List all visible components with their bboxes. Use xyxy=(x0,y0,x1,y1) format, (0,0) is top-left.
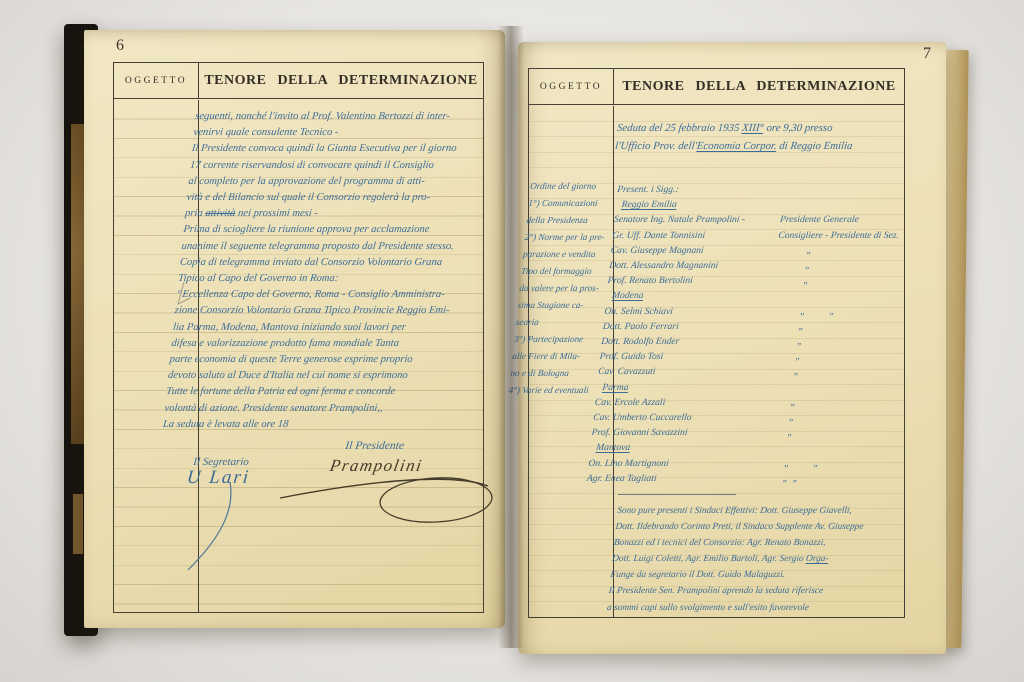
entry-line: zione Consorzio Volontario Grana Tipico … xyxy=(174,303,480,319)
oggetto-line: 4°) Varie ed eventuali xyxy=(508,382,594,399)
president-signature: Prampolini xyxy=(328,456,424,476)
attendee-row: Senatore Ing. Natale Prampolini -Preside… xyxy=(613,212,907,227)
attendee-row: Cav. Umberto Cuccarello„ xyxy=(592,410,886,425)
attendee-row: Prof. Guido Tosi„ xyxy=(599,349,893,364)
attendee-name: On. Lino Martignoni xyxy=(588,458,669,469)
entry-line: Tutte le fortune della Patria ed ogni fe… xyxy=(165,384,471,400)
handwriting-segment: Dott. Luigi Coletti, Agr. Emilio Bartoli… xyxy=(612,554,807,564)
attendee-row: Cav. Giuseppe Magnani„ xyxy=(610,243,904,258)
attendee-row: On. Lino Martignoni„ „ xyxy=(588,456,882,471)
column-header-oggetto: OGGETTO xyxy=(529,69,614,104)
entry-line: 17 corrente riservandosi di convocare qu… xyxy=(189,158,495,174)
session-heading-line: l'Ufficio Prov. dell'Economia Corpor. di… xyxy=(614,137,900,155)
oggetto-line: sima Stagione ca- xyxy=(517,297,603,314)
attendee-name: Cav. Giuseppe Magnani xyxy=(610,245,704,256)
entry-line: difesa e valorizzazione prodotto fama mo… xyxy=(170,336,476,352)
attendee-name: Dott. Rodolfo Ender xyxy=(601,336,680,347)
handwriting-segment: attività xyxy=(205,208,236,219)
president-title: Il Presidente xyxy=(345,440,405,452)
attendee-row: Dott. Rodolfo Ender„ xyxy=(600,334,894,349)
handwriting-segment: l'Ufficio Prov. dell' xyxy=(615,140,698,152)
province-header: Reggio Emilia xyxy=(621,197,909,212)
left-page-handwriting: seguenti, nonché l'invito al Prof. Valen… xyxy=(162,109,500,433)
attendee-row: Dott. Alessandro Magnanini„ xyxy=(608,258,902,273)
entry-line: seguenti, nonché l'invito al Prof. Valen… xyxy=(194,109,500,125)
oggetto-line: parazione e vendita xyxy=(522,246,608,263)
attendee-role: „ xyxy=(798,319,805,334)
minutes-line: Dott. Ildebrando Corinto Preti, il Sinda… xyxy=(615,519,903,535)
minutes-line: Il Presidente Sen. Prampolini aprendo la… xyxy=(608,583,896,599)
table-header: OGGETTO TENORE DELLA DETERMINAZIONE xyxy=(529,69,904,105)
column-header-tenore: TENORE DELLA DETERMINAZIONE xyxy=(614,69,904,104)
session-heading: Seduta del 25 febbraio 1935 XIII° ore 9,… xyxy=(614,119,902,155)
handwriting-segment: nei prossimi mesi - xyxy=(235,208,319,219)
oggetto-line: della Presidenza xyxy=(526,212,612,229)
secretary-signature: U Lari xyxy=(186,467,252,489)
entry-line: al completo per la approvazione del prog… xyxy=(187,174,493,190)
province-header: Modena xyxy=(611,288,899,303)
attendee-name: Prof. Guido Tosi xyxy=(599,351,664,362)
attendee-role: Presidente Generale xyxy=(779,212,859,227)
register-photo: 6 OGGETTO TENORE DELLA DETERMINAZIONE se… xyxy=(0,0,1024,682)
entry-line: devoto saluto al Duce d'Italia nel cui n… xyxy=(167,368,473,384)
entry-line: pria attività nei prossimi mesi - xyxy=(184,206,490,222)
handwriting-segment: di Reggio Emilia xyxy=(776,140,853,152)
attendee-role: „ „ xyxy=(800,304,836,319)
page-number-right: 7 xyxy=(923,45,931,63)
oggetto-line: Ordine del giorno xyxy=(529,178,615,195)
minutes-line: Bonazzi ed i tecnici del Consorzio: Agr.… xyxy=(613,535,901,551)
left-page: 6 OGGETTO TENORE DELLA DETERMINAZIONE se… xyxy=(84,30,505,628)
column-header-tenore: TENORE DELLA DETERMINAZIONE xyxy=(199,63,483,98)
minutes-paragraph: Sono pure presenti i Sindaci Effettivi: … xyxy=(606,503,904,616)
attendee-role: „ xyxy=(788,410,795,425)
oggetto-line: 3°) Partecipazione xyxy=(513,331,599,348)
binding-tape xyxy=(71,124,84,444)
entry-line: Tipico al Capo del Governo in Roma: xyxy=(177,271,483,287)
right-page: 7 OGGETTO TENORE DELLA DETERMINAZIONE Se… xyxy=(518,42,946,654)
entry-line: Copia di telegramma inviato dal Consorzi… xyxy=(179,255,485,271)
entry-line: unanime il seguente telegramma proposto … xyxy=(181,239,487,255)
attendee-name: Cav. Ercole Azzali xyxy=(594,397,666,408)
entry-line: parte economia di queste Terre generose … xyxy=(169,352,475,368)
oggetto-line: da valere per la pros- xyxy=(518,280,604,297)
province-header: Mantova xyxy=(595,440,883,455)
column-header-oggetto: OGGETTO xyxy=(114,63,199,98)
attendee-role: „ „ xyxy=(782,471,799,486)
attendee-role: „ xyxy=(796,334,803,349)
oggetto-line: searia xyxy=(515,314,601,331)
attendee-row: Cav. Cavazzuti„ xyxy=(597,364,891,379)
attendee-row: On. Selmi Schiavi„ „ xyxy=(604,304,898,319)
attendee-name: Agr. Enea Tagliati xyxy=(586,473,657,484)
table-header: OGGETTO TENORE DELLA DETERMINAZIONE xyxy=(114,63,483,99)
entry-line: venirvi quale consulente Tecnico - xyxy=(193,125,499,141)
attendee-name: Prof. Giovanni Savazzini xyxy=(591,427,688,438)
oggetto-line: no e di Bologna xyxy=(510,365,596,382)
entry-line: La seduta è levata alle ore 18 xyxy=(162,417,468,433)
entry-line: Il Presidente convoca quindi la Giunta E… xyxy=(191,141,497,157)
attendee-name: Gr. Uff. Dante Tonnisini xyxy=(612,230,706,241)
attendee-name: Prof. Renato Bertolini xyxy=(607,275,693,286)
attendee-role: Consigliere - Presidente di Sez. xyxy=(778,228,900,243)
attendee-name: On. Selmi Schiavi xyxy=(604,306,674,317)
attendees-list: Present. i Sigg.: Reggio EmiliaSenatore … xyxy=(586,182,910,486)
attendee-role: „ xyxy=(790,395,797,410)
binding-tape xyxy=(73,494,83,554)
entry-line: volontà di azione. Presidente senatore P… xyxy=(164,401,470,417)
page-number-left: 6 xyxy=(116,37,124,55)
minutes-line: Sono pure presenti i Sindaci Effettivi: … xyxy=(616,503,904,519)
attendee-role: „ xyxy=(806,243,813,258)
session-heading-line: Seduta del 25 febbraio 1935 XIII° ore 9,… xyxy=(616,119,902,137)
province-header: Parma xyxy=(602,380,890,395)
attendee-name: Cav. Cavazzuti xyxy=(597,366,656,377)
attendee-row: Prof. Renato Bertolini„ xyxy=(607,273,901,288)
attendee-role: „ xyxy=(795,349,802,364)
oggetto-line: 2°) Norme per la pre- xyxy=(524,229,610,246)
attendee-role: „ xyxy=(803,273,810,288)
minutes-line: a sommi capi sullo svolgimento e sull'es… xyxy=(606,600,894,616)
entry-line: vità e del Bilancio sul quale il Consorz… xyxy=(186,190,492,206)
handwriting-segment: XIII° xyxy=(741,122,764,134)
minutes-line: Funge da segretario il Dott. Guido Malag… xyxy=(610,567,898,583)
minutes-line: Dott. Luigi Coletti, Agr. Emilio Bartoli… xyxy=(611,551,899,567)
attendee-role: „ xyxy=(787,425,794,440)
attendees-intro: Present. i Sigg.: xyxy=(616,182,910,197)
attendee-row: Dott. Paolo Ferrari„ xyxy=(602,319,896,334)
entry-line: lia Parma, Modena, Mantova iniziando suo… xyxy=(172,320,478,336)
attendee-role: „ „ xyxy=(784,456,820,471)
oggetto-line: 1°) Comunicazioni xyxy=(527,195,613,212)
handwriting-segment: ore 9,30 presso xyxy=(763,122,833,134)
entry-line: Prima di sciogliere la riunione approva … xyxy=(182,222,488,238)
attendee-row: Cav. Ercole Azzali„ xyxy=(594,395,888,410)
oggetto-line: alle Fiere di Mila- xyxy=(511,348,597,365)
handwriting-segment: Seduta del 25 febbraio 1935 xyxy=(616,122,742,134)
oggetto-line: Tipo del formaggio xyxy=(520,263,606,280)
attendee-name: Dott. Alessandro Magnanini xyxy=(609,260,719,271)
handwritten-separator xyxy=(618,494,736,495)
attendee-row: Agr. Enea Tagliati„ „ xyxy=(586,471,880,486)
attendee-role: „ xyxy=(804,258,811,273)
attendee-name: Senatore Ing. Natale Prampolini - xyxy=(613,214,745,225)
entry-line: “Eccellenza Capo del Governo, Roma - Con… xyxy=(176,287,482,303)
attendee-row: Gr. Uff. Dante TonnisiniConsigliere - Pr… xyxy=(612,228,906,243)
handwriting-segment: Economia Corpor. xyxy=(696,140,777,152)
attendee-role: „ xyxy=(793,364,800,379)
handwriting-segment: Orga- xyxy=(805,554,829,564)
attendee-name: Cav. Umberto Cuccarello xyxy=(593,412,692,423)
attendee-name: Dott. Paolo Ferrari xyxy=(602,321,679,332)
attendee-row: Prof. Giovanni Savazzini„ xyxy=(591,425,885,440)
handwriting-segment: pria xyxy=(184,208,205,219)
